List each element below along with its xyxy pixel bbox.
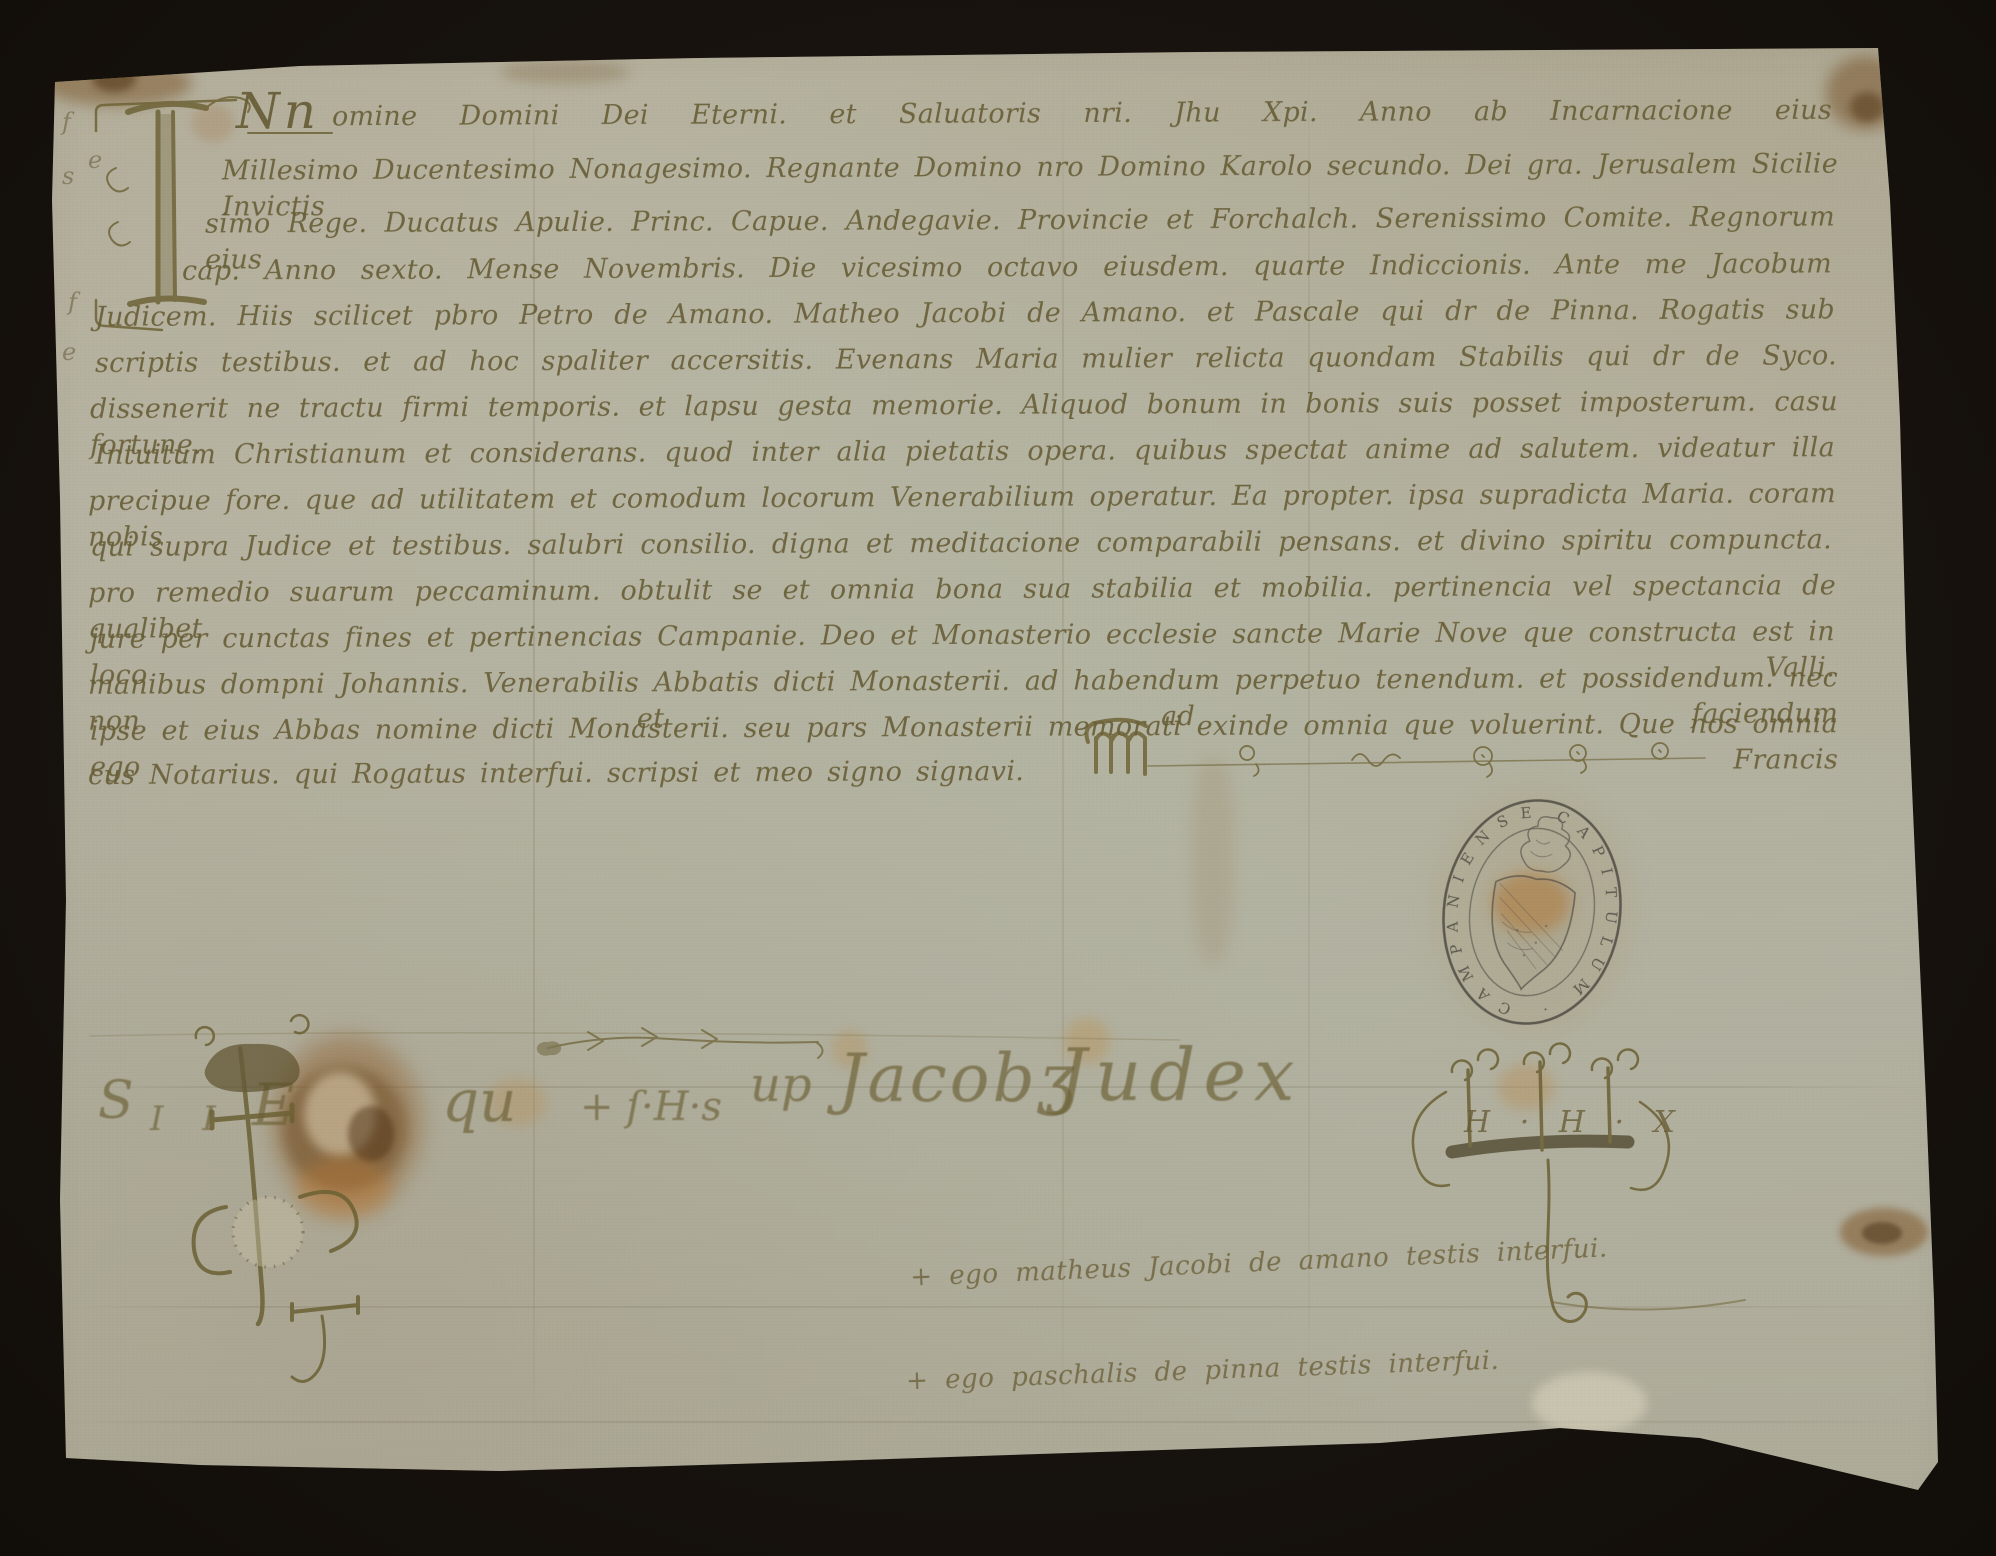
stamp-halo [1432, 790, 1632, 1035]
stain-top-right-corner [1826, 56, 1904, 130]
margin-mark: e [88, 146, 102, 174]
text-line: Intuitum Christianum et considerans. quo… [95, 430, 1835, 480]
opening-capitals: Nn [236, 86, 320, 136]
text-line: scriptis testibus. et ad hoc spaliter ac… [95, 338, 1837, 388]
photograph-of-charter: Nn omine Domini Dei Eterni. et Saluatori… [0, 0, 1996, 1556]
subscription-letter-e: E [252, 1076, 294, 1134]
witness-line-1: + ego matheus Jacobi de amano testis int… [910, 1233, 1609, 1292]
stain-right-edge-dark-speckle [1862, 1222, 1902, 1244]
blot-dark-spot [348, 1106, 394, 1162]
text-line: ipse et eius Abbas nomine dicti Monaster… [90, 706, 1838, 756]
stain-amber [1498, 1064, 1554, 1110]
stamp-ring-text: CAPITULUM · CAMPANIENSE [1429, 791, 1634, 1033]
stain-top-left-dark [92, 66, 136, 92]
faint-ruling-line [90, 1033, 1180, 1040]
stain-right-edge-speckled [1840, 1208, 1928, 1256]
margin-mark: f [62, 108, 71, 136]
judge-name: Jacobʒ [838, 1050, 1078, 1108]
chapter-stamp: CAPITULUM · CAMPANIENSE [1429, 789, 1635, 1035]
subscription-letters-qu: qu [442, 1072, 516, 1130]
margin-mark: e [62, 338, 76, 366]
stain-top-right-dark [1850, 92, 1884, 122]
parchment-sheet: Nn omine Domini Dei Eterni. et Saluatori… [0, 0, 1996, 1556]
witness-line-2: + ego paschalis de pinna testis interfui… [906, 1346, 1500, 1397]
horizontal-fold-line [62, 1306, 1932, 1308]
stamp-ring-textpath: CAPITULUM · CAMPANIENSE [1429, 791, 1634, 1033]
margin-mark: s [62, 162, 74, 190]
subscription-letter-s: S [98, 1072, 134, 1130]
subscription-letters-up: up [750, 1056, 812, 1114]
text-line: simo Rege. Ducatus Apulie. Princ. Capue.… [205, 199, 1835, 248]
text-line: Millesimo Ducentesimo Nonagesimo. Regnan… [222, 146, 1838, 195]
margin-mark: f [68, 288, 77, 316]
subscription-i-marks: I I [150, 1090, 230, 1148]
subscription-h-group: + ſ·H·s [580, 1078, 722, 1136]
text-line: dissenerit ne tractu firmi temporis. et … [90, 384, 1838, 434]
text-line: manibus dompni Johannis. Venerabilis Abb… [88, 660, 1838, 710]
blot-ring [282, 1066, 407, 1191]
judge-title: Judex [1058, 1046, 1303, 1104]
text-line: Judicem. Hiis scilicet pbro Petro de Ama… [95, 292, 1835, 342]
blot-halo [272, 1035, 422, 1210]
stamp-center-orange-stain [1492, 872, 1570, 934]
arrow-flourish [537, 1028, 823, 1058]
blot-orange-fringe [296, 1158, 391, 1220]
text-line: omine Domini Dei Eterni. et Saluatoris n… [332, 93, 1832, 142]
stain-near-initial [192, 104, 234, 142]
text-line: qui supra Judice et testibus. salubri co… [90, 522, 1832, 572]
horizontal-fold-line [62, 1421, 1934, 1423]
text-line: cap. Anno sexto. Mense Novembris. Die vi… [182, 246, 1832, 295]
stain-top-edge [500, 60, 630, 84]
blot-pale-center [304, 1072, 376, 1156]
notary-triple-cross-signum [1413, 1043, 1745, 1321]
stain-fold-streak [1192, 758, 1234, 963]
triple-cross-letters: H · H · X [1463, 1105, 1685, 1140]
stain-top-left-corner [42, 60, 192, 106]
stain-bottom-edge-highlight [1532, 1372, 1647, 1434]
text-line: jure per cunctas fines et pertinencias C… [90, 614, 1835, 664]
text-line-closing: cus Notarius. qui Rogatus interfui. scri… [88, 754, 1048, 800]
text-line: pro remedio suarum peccaminum. obtulit s… [88, 568, 1836, 618]
text-line: precipue fore. que ad utilitatem et como… [88, 476, 1836, 526]
